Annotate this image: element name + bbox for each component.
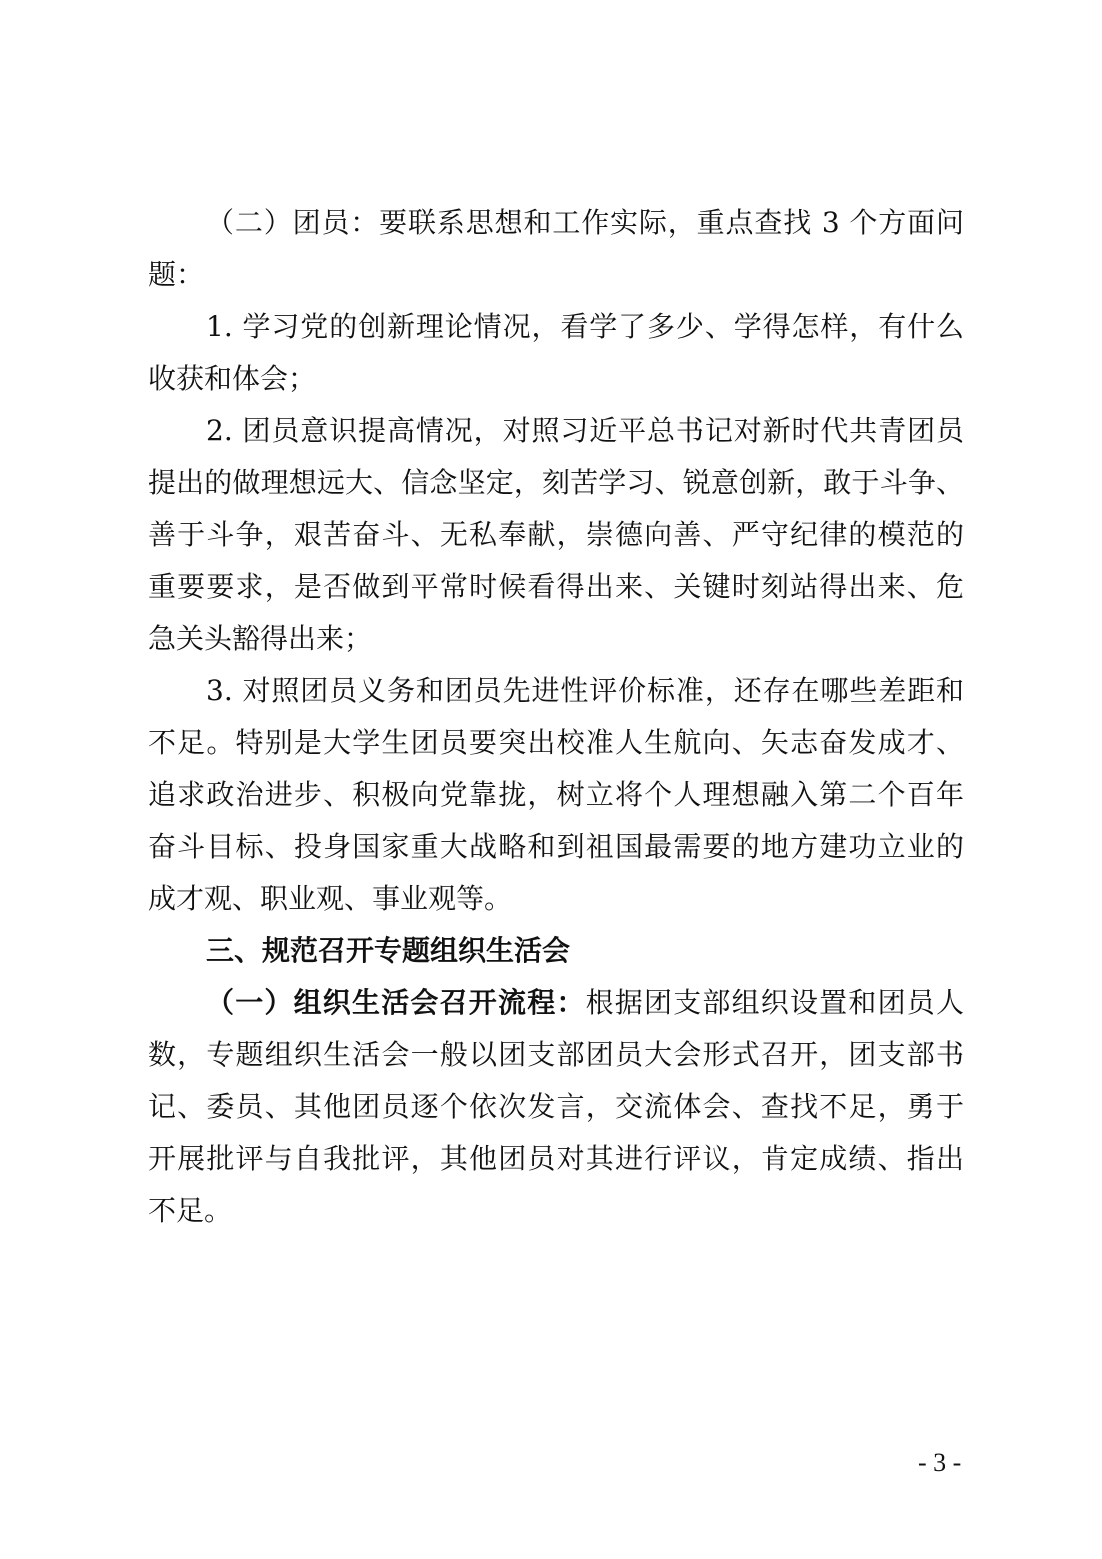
list-item-2-cont: 重要要求，是否做到平常时候看得出来、关键时刻站得出来、危 [148, 561, 964, 613]
subsection-cont: 不足。 [148, 1185, 964, 1237]
paragraph-members-intro: （二）团员：要联系思想和工作实际，重点查找 3 个方面问 [148, 197, 964, 249]
list-item-3: 3. 对照团员义务和团员先进性评价标准，还存在哪些差距和 [148, 665, 964, 717]
subsection-text: 根据团支部组织设置和团员人 [586, 986, 964, 1019]
list-item-3-cont: 追求政治进步、积极向党靠拢，树立将个人理想融入第二个百年 [148, 769, 964, 821]
list-item-2: 2. 团员意识提高情况，对照习近平总书记对新时代共青团员 [148, 405, 964, 457]
subsection-title: （一）组织生活会召开流程： [206, 986, 586, 1019]
section-heading: 三、规范召开专题组织生活会 [148, 925, 964, 977]
list-item-2-cont: 提出的做理想远大、信念坚定，刻苦学习、锐意创新，敢于斗争、 [148, 457, 964, 509]
list-item-2-cont: 善于斗争，艰苦奋斗、无私奉献，崇德向善、严守纪律的模范的 [148, 509, 964, 561]
subsection-cont: 开展批评与自我批评，其他团员对其进行评议，肯定成绩、指出 [148, 1133, 964, 1185]
list-item-2-cont: 急关头豁得出来； [148, 613, 964, 665]
page-number: - 3 - [918, 1448, 961, 1478]
list-item-1: 1. 学习党的创新理论情况，看学了多少、学得怎样，有什么 [148, 301, 964, 353]
subsection-first-line: （一）组织生活会召开流程：根据团支部组织设置和团员人 [148, 977, 964, 1029]
list-item-1-cont: 收获和体会； [148, 353, 964, 405]
paragraph-members-intro-cont: 题： [148, 249, 964, 301]
list-item-3-cont: 不足。特别是大学生团员要突出校准人生航向、矢志奋发成才、 [148, 717, 964, 769]
list-item-3-cont: 奋斗目标、投身国家重大战略和到祖国最需要的地方建功立业的 [148, 821, 964, 873]
subsection-cont: 记、委员、其他团员逐个依次发言，交流体会、查找不足，勇于 [148, 1081, 964, 1133]
subsection-cont: 数，专题组织生活会一般以团支部团员大会形式召开，团支部书 [148, 1029, 964, 1081]
list-item-3-cont: 成才观、职业观、事业观等。 [148, 873, 964, 925]
